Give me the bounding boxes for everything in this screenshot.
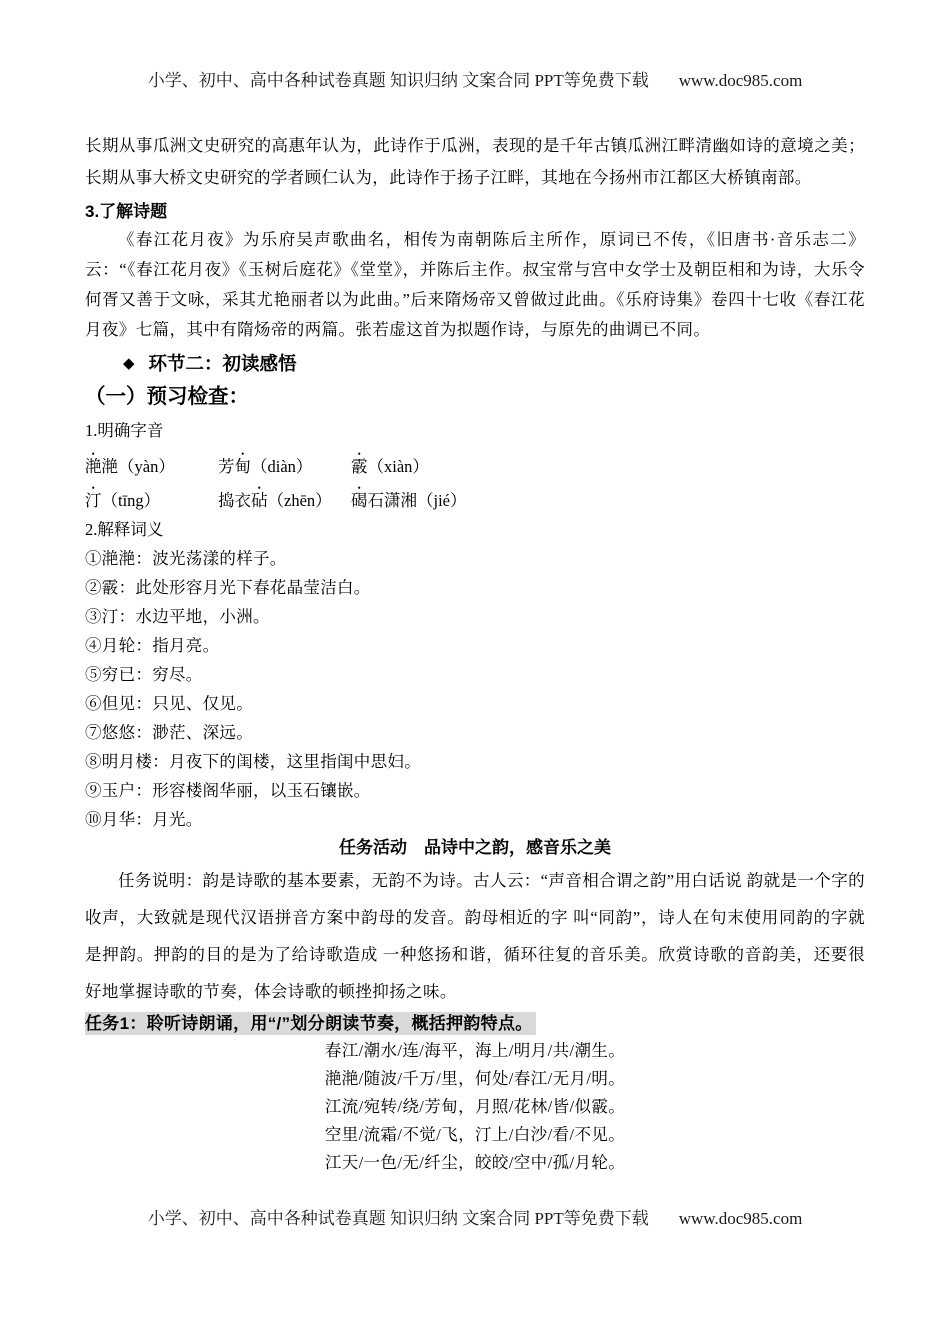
- definition-item: ⑦悠悠：渺茫、深远。: [85, 718, 865, 747]
- poem-line: 春江/潮水/连/海平，海上/明月/共/潮生。: [85, 1037, 865, 1065]
- preview-check-heading: （一）预习检查：: [85, 381, 865, 413]
- stage2-heading-label: 环节二：初读感悟: [149, 349, 297, 379]
- definition-item: ⑥但见：只见、仅见。: [85, 689, 865, 718]
- footer-url: www.doc985.com: [679, 1209, 803, 1229]
- pinyin-item: 碣石潇湘（jié）: [351, 489, 481, 513]
- document-body: 长期从事瓜洲文史研究的高惠年认为，此诗作于瓜洲，表现的是千年古镇瓜洲江畔清幽如诗…: [85, 130, 865, 1177]
- header-slogan: 小学、初中、高中各种试卷真题 知识归纳 文案合同 PPT等免费下载: [148, 66, 649, 91]
- page-footer: 小学、初中、高中各种试卷真题 知识归纳 文案合同 PPT等免费下载 www.do…: [0, 1204, 950, 1229]
- emphasized-char: 汀: [85, 489, 102, 513]
- pinyin-item: 捣衣砧（zhēn）: [218, 489, 348, 513]
- definitions-list: ①滟滟：波光荡漾的样子。 ②霰：此处形容月光下春花晶莹洁白。 ③汀：水边平地，小…: [85, 544, 865, 834]
- poem-line: 空里/流霜/不觉/飞，汀上/白沙/看/不见。: [85, 1121, 865, 1149]
- task-activity-title: 任务活动 品诗中之韵，感音乐之美: [85, 834, 865, 862]
- definition-item: ⑤穷已：穷尽。: [85, 660, 865, 689]
- section-heading-understand-title: 3.了解诗题: [85, 199, 865, 225]
- poem-line: 江天/一色/无/纤尘，皎皎/空中/孤/月轮。: [85, 1149, 865, 1177]
- poem-title-origin-paragraph: 《春江花月夜》为乐府吴声歌曲名，相传为南朝陈后主所作，原词已不传，《旧唐书·音乐…: [85, 225, 865, 345]
- pinyin-item: 汀（tīng）: [85, 489, 215, 513]
- emphasized-char: 甸: [235, 455, 252, 479]
- pinyin-row-2: 汀（tīng） 捣衣砧（zhēn） 碣石潇湘（jié）: [85, 479, 865, 513]
- definition-item: ②霰：此处形容月光下春花晶莹洁白。: [85, 573, 865, 602]
- definition-item: ①滟滟：波光荡漾的样子。: [85, 544, 865, 573]
- pinyin-item: 霰（xiàn）: [351, 455, 481, 479]
- pinyin-item: 滟滟（yàn）: [85, 455, 215, 479]
- emphasized-char: 碣: [351, 489, 368, 513]
- intro-paragraph: 长期从事瓜洲文史研究的高惠年认为，此诗作于瓜洲，表现的是千年古镇瓜洲江畔清幽如诗…: [85, 130, 865, 194]
- document-page: { "header": { "text": "小学、初中、高中各种试卷真题 知识…: [0, 0, 950, 1344]
- definitions-heading: 2.解释词义: [85, 516, 865, 544]
- poem-line: 江流/宛转/绕/芳甸，月照/花林/皆/似霰。: [85, 1093, 865, 1121]
- definition-item: ④月轮：指月亮。: [85, 631, 865, 660]
- poem-line: 滟滟/随波/千万/里，何处/春江/无月/明。: [85, 1065, 865, 1093]
- task-description-paragraph: 任务说明：韵是诗歌的基本要素，无韵不为诗。古人云：“声音相合谓之韵”用白话说 韵…: [85, 862, 865, 1010]
- definition-item: ⑩月华：月光。: [85, 805, 865, 834]
- definition-item: ⑨玉户：形容楼阁华丽，以玉石镶嵌。: [85, 776, 865, 805]
- footer-slogan: 小学、初中、高中各种试卷真题 知识归纳 文案合同 PPT等免费下载: [148, 1204, 649, 1229]
- header-url: www.doc985.com: [679, 71, 803, 91]
- definition-item: ③汀：水边平地，小洲。: [85, 602, 865, 631]
- definition-item: ⑧明月楼：月夜下的闺楼，这里指闺中思妇。: [85, 747, 865, 776]
- task1-heading: 任务1：聆听诗朗诵，用“/”划分朗读节奏，概括押韵特点。: [85, 1010, 865, 1037]
- diamond-bullet-icon: ◆: [123, 349, 135, 379]
- poem-block: 春江/潮水/连/海平，海上/明月/共/潮生。 滟滟/随波/千万/里，何处/春江/…: [85, 1037, 865, 1177]
- page-header: 小学、初中、高中各种试卷真题 知识归纳 文案合同 PPT等免费下载 www.do…: [0, 66, 950, 91]
- pronunciation-heading: 1.明确字音: [85, 417, 865, 445]
- task1-highlighted-text: 任务1：聆听诗朗诵，用“/”划分朗读节奏，概括押韵特点。: [85, 1012, 536, 1035]
- section-heading-stage2: ◆ 环节二：初读感悟: [85, 349, 865, 379]
- pinyin-row-1: 滟滟（yàn） 芳甸（diàn） 霰（xiàn）: [85, 445, 865, 479]
- pinyin-item: 芳甸（diàn）: [218, 455, 348, 479]
- emphasized-char: 砧: [251, 489, 268, 513]
